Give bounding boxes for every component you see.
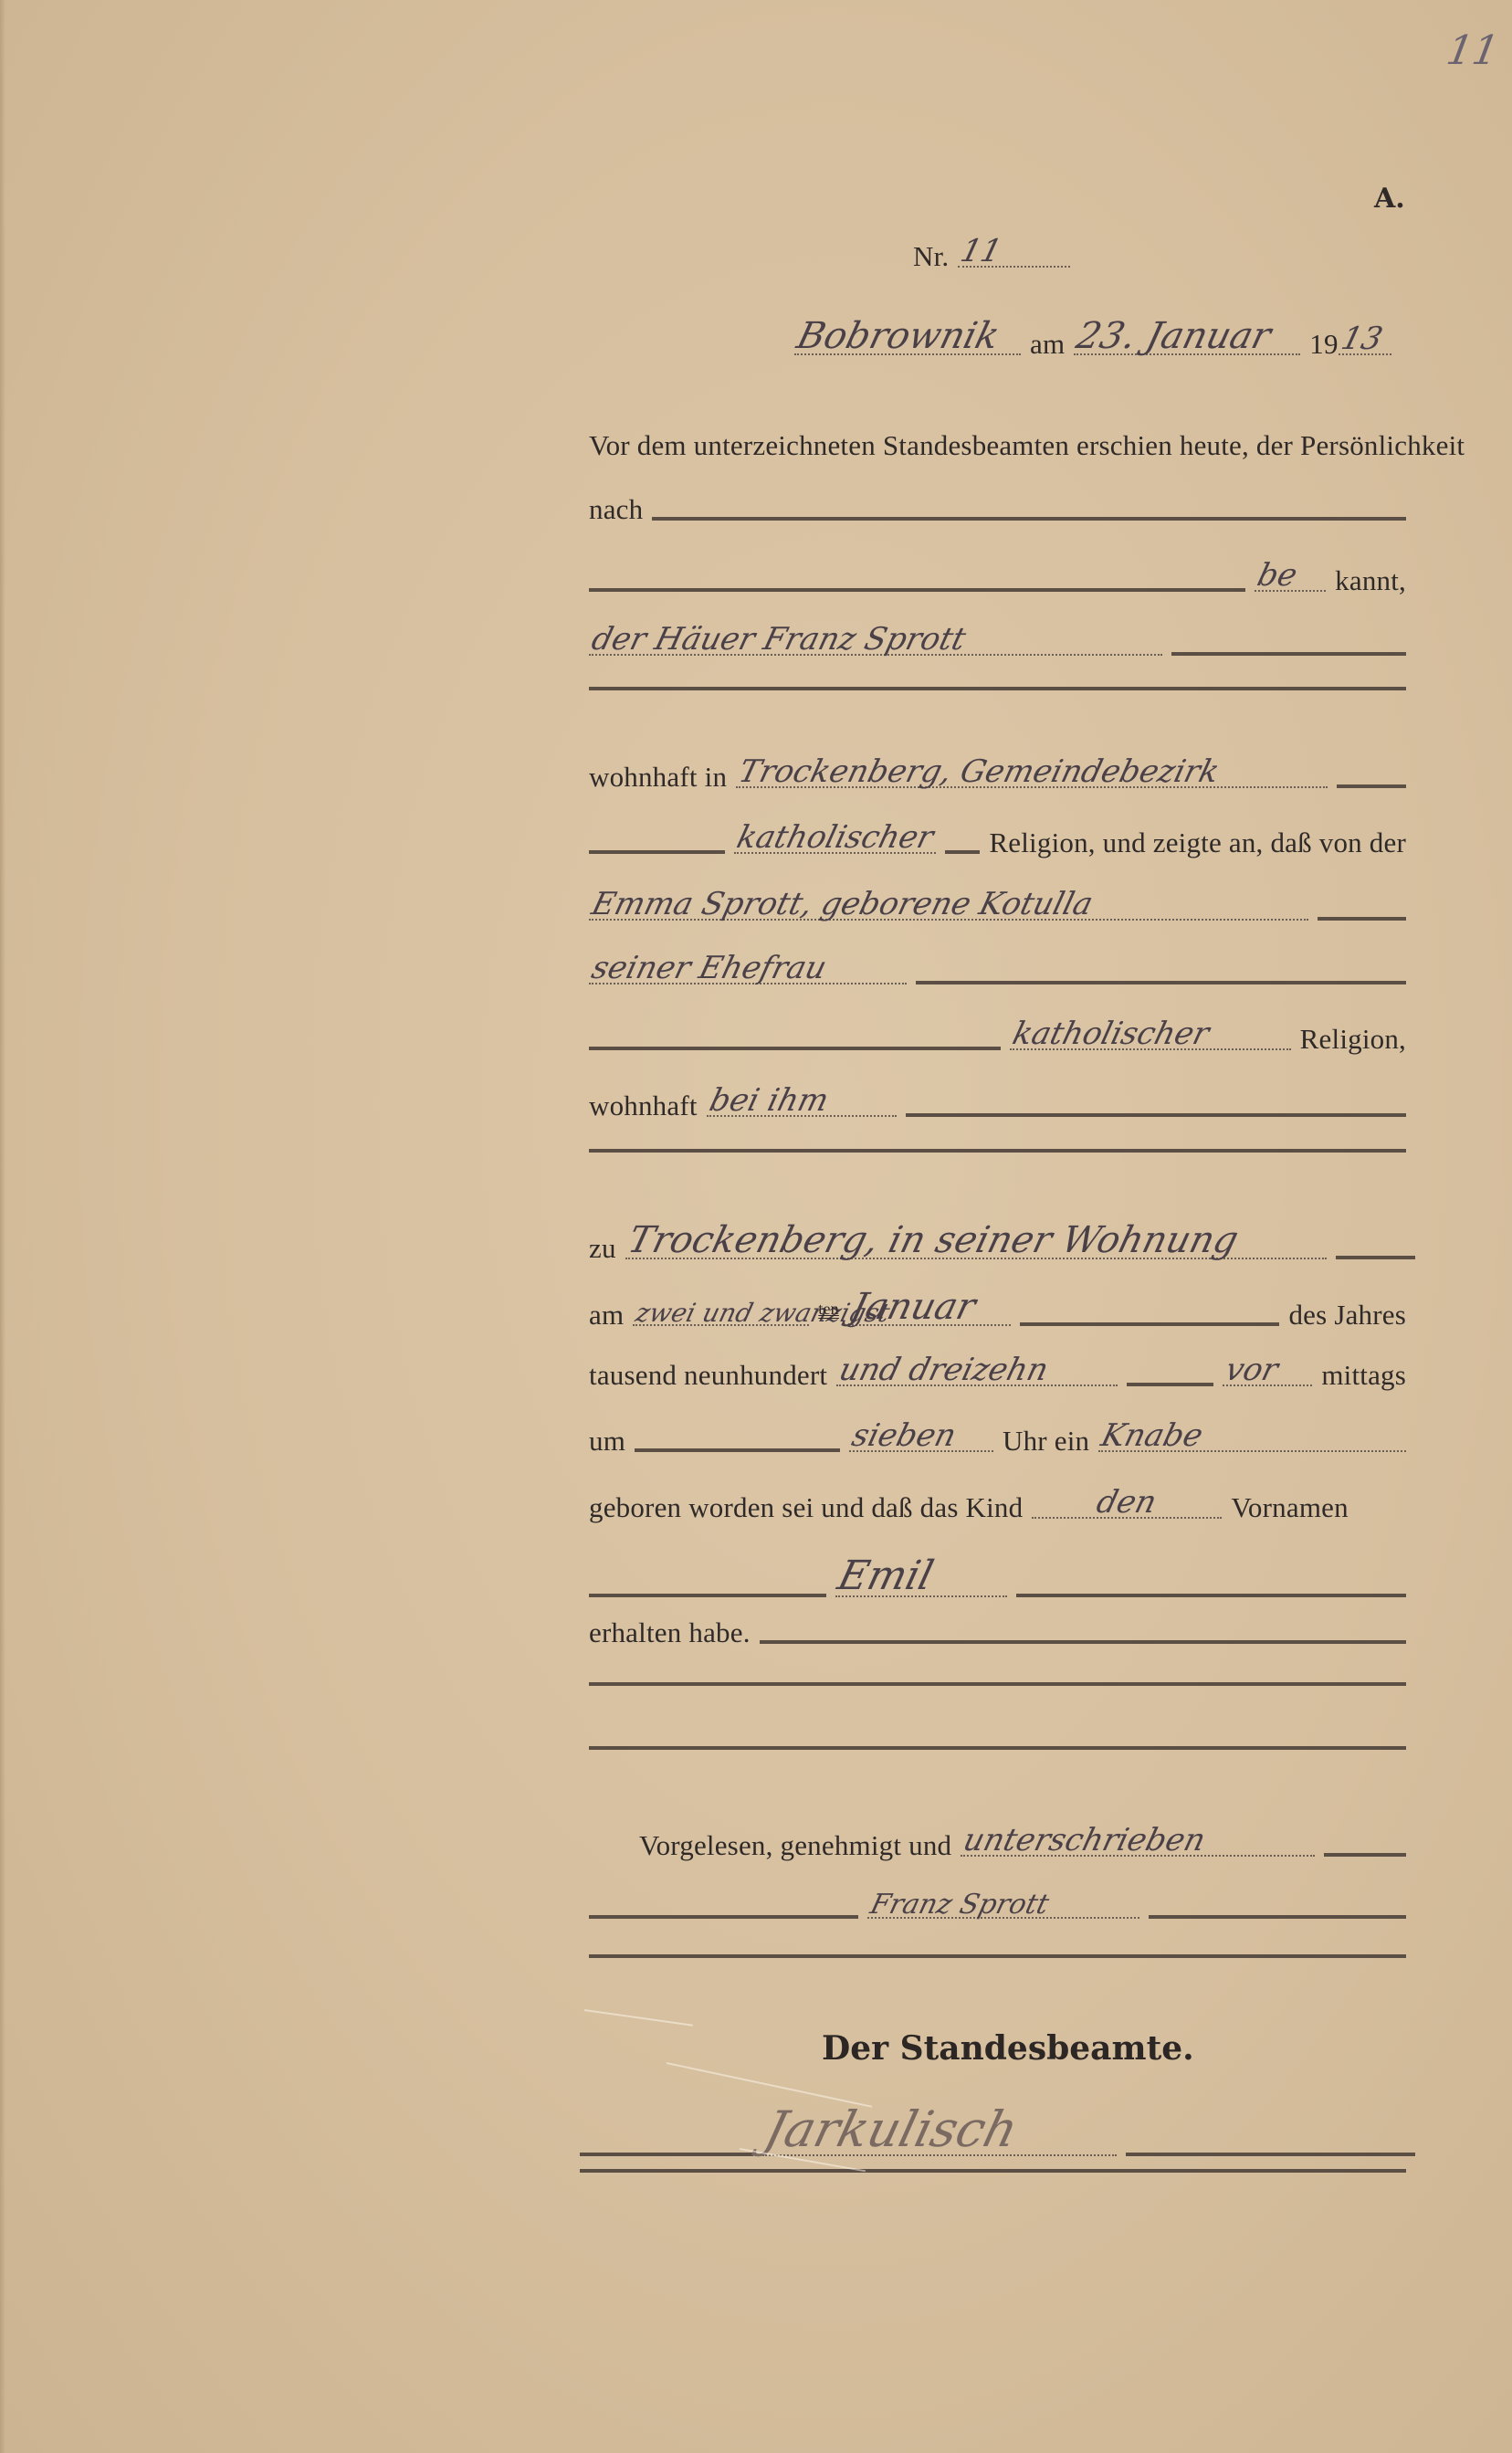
erhalten-label: erhalten habe.: [589, 1616, 751, 1649]
religion-field: katholischer: [734, 819, 936, 854]
birth-place: Trockenberg, in seiner Wohnung: [624, 1219, 1243, 1261]
blank-line: [589, 687, 1406, 690]
vornamen-label: Vornamen: [1231, 1491, 1348, 1524]
filler-line: [1336, 1256, 1415, 1259]
bekannt-blank: [589, 588, 1245, 592]
paper-crease: [584, 2009, 693, 2027]
birth-month: Januar: [846, 1286, 980, 1328]
filler-line: [760, 1640, 1406, 1644]
vor-field: vor: [1223, 1352, 1312, 1386]
birth-hour: sieben: [848, 1417, 960, 1454]
birth-month-field: Januar: [848, 1286, 1011, 1326]
declarant-residence: Trockenberg, Gemeindebezirk: [735, 753, 1223, 790]
blank-row-2: [589, 1149, 1406, 1158]
declarant-religion-row: katholischer Religion, und zeigte an, da…: [589, 819, 1406, 859]
unterschrieben-field: unterschrieben: [961, 1822, 1315, 1857]
filler-line: [580, 2153, 753, 2156]
bekannt-prefix: be: [1254, 557, 1301, 594]
year-field: 13: [1339, 321, 1391, 355]
given-name-field: Emil: [835, 1553, 1007, 1597]
official-signature-field: Jarkulisch: [762, 2100, 1117, 2156]
nr-label: Nr.: [913, 240, 949, 273]
given-name: Emil: [834, 1553, 939, 1599]
filler-line: [635, 1448, 840, 1452]
official-title: Der Standesbeamte.: [822, 2029, 1194, 2068]
mittags-label: mittags: [1321, 1359, 1406, 1392]
den-value: den: [1093, 1484, 1160, 1521]
intro-text: Vor dem unterzeichneten Standesbeamten e…: [589, 429, 1465, 462]
declarant-religion: katholischer: [733, 819, 937, 856]
wohnhaft-label: wohnhaft: [589, 1090, 698, 1122]
birth-year-words: und dreizehn: [835, 1352, 1052, 1388]
birth-year-field: und dreizehn: [836, 1352, 1118, 1386]
vorgelesen-row: Vorgelesen, genehmigt und unterschrieben: [639, 1822, 1406, 1862]
zu-label: zu: [589, 1232, 616, 1265]
sex-field: Knabe: [1098, 1417, 1406, 1452]
blank-line: [589, 1682, 1406, 1686]
vorgelesen-text: Vorgelesen, genehmigt und: [639, 1829, 951, 1862]
mother-religion-row: katholischer Religion,: [589, 1016, 1406, 1056]
residence-field: Trockenberg, Gemeindebezirk: [736, 753, 1328, 788]
filler-line: [1324, 1853, 1406, 1857]
declarant-name-field: der Häuer Franz Sprott: [589, 621, 1162, 656]
birth-date-row: am zwei und zwanzigst ten Januar des Jah…: [589, 1286, 1406, 1332]
filler-line: [1337, 784, 1406, 788]
filler-line: [589, 850, 725, 854]
nach-field: [652, 517, 1406, 521]
vor-value: vor: [1222, 1352, 1282, 1388]
am-label: am: [589, 1299, 624, 1332]
nr-field: 11: [958, 233, 1070, 268]
birth-year-row: tausend neunhundert und dreizehn vor mit…: [589, 1352, 1406, 1392]
page-binding-edge: [0, 0, 5, 2453]
hour-field: sieben: [849, 1417, 993, 1452]
geboren-text: geboren worden sei und daß das Kind: [589, 1491, 1023, 1524]
given-name-row: Emil: [589, 1553, 1406, 1603]
filler-line: [1020, 1322, 1280, 1326]
declarant-residence-row: wohnhaft in Trockenberg, Gemeindebezirk: [589, 753, 1406, 794]
filler-line: [1127, 1383, 1213, 1386]
filler-line: [589, 1915, 858, 1919]
filler-line: [906, 1113, 1406, 1117]
geboren-row: geboren worden sei und daß das Kind den …: [589, 1484, 1406, 1524]
relation-field: seiner Ehefrau: [589, 950, 907, 984]
form-letter: A.: [1374, 183, 1405, 215]
date-value: 23. Januar: [1073, 315, 1276, 357]
mother-religion: katholischer: [1009, 1016, 1213, 1052]
child-sex: Knabe: [1097, 1417, 1206, 1454]
uhr-ein-label: Uhr ein: [1003, 1425, 1089, 1458]
unterschrieben-value: unterschrieben: [960, 1822, 1209, 1858]
blank-row-3: [589, 1682, 1406, 1691]
den-field: den: [1032, 1484, 1222, 1519]
mother-name: Emma Sprott, geborene Kotulla: [588, 886, 1097, 922]
bekannt-row: be kannt,: [589, 557, 1406, 597]
filler-line: [945, 850, 980, 854]
blank-line: [589, 1954, 1406, 1958]
mother-residence-row: wohnhaft bei ihm: [589, 1082, 1406, 1122]
year-suffix: 13: [1338, 321, 1386, 357]
nach-label: nach: [589, 493, 643, 526]
bekannt-field: be: [1255, 557, 1326, 592]
declarant-signature-field: Franz Sprott: [867, 1889, 1139, 1919]
blank-row-4: [589, 1746, 1406, 1755]
filler-line: [1016, 1594, 1406, 1597]
folio-number: 11: [1444, 27, 1503, 74]
filler-line: [589, 1594, 826, 1597]
place-date-row: Bobrownik am 23. Januar 19 13: [794, 315, 1406, 361]
filler-line: [1318, 917, 1406, 921]
bekannt-suffix: kannt,: [1335, 564, 1406, 597]
mother-name-field: Emma Sprott, geborene Kotulla: [589, 886, 1308, 921]
declarant-signature-row: Franz Sprott: [589, 1889, 1406, 1924]
nach-row: nach: [589, 493, 1406, 526]
declarant-name-row: der Häuer Franz Sprott: [589, 621, 1406, 661]
blank-line: [580, 2169, 1406, 2173]
official-signature-row: Jarkulisch: [580, 2100, 1415, 2162]
declarant-signature: Franz Sprott: [867, 1889, 1053, 1921]
filler-line: [589, 1047, 1001, 1050]
birth-place-row: zu Trockenberg, in seiner Wohnung: [589, 1219, 1415, 1265]
religion-text: Religion, und zeigte an, daß von der: [989, 826, 1406, 859]
record-number-row: Nr. 11: [913, 233, 1187, 273]
tausend-label: tausend neunhundert: [589, 1359, 827, 1392]
day-suffix: ten: [818, 1300, 839, 1319]
birth-time-row: um sieben Uhr ein Knabe: [589, 1417, 1406, 1458]
blank-line: [589, 1149, 1406, 1153]
mother-name-row: Emma Sprott, geborene Kotulla: [589, 886, 1406, 926]
birth-day-field: zwei und zwanzigst: [633, 1298, 809, 1326]
place-field: Bobrownik: [794, 315, 1021, 355]
mother-residence-field: bei ihm: [707, 1082, 897, 1117]
des-jahres-label: des Jahres: [1288, 1299, 1406, 1332]
filler-line: [1149, 1915, 1406, 1919]
um-label: um: [589, 1425, 625, 1458]
filler-line: [1171, 652, 1406, 656]
date-field: 23. Januar: [1074, 315, 1300, 355]
declarant-name: der Häuer Franz Sprott: [588, 621, 970, 658]
mother-relation: seiner Ehefrau: [588, 950, 830, 986]
mother-relation-row: seiner Ehefrau: [589, 950, 1406, 990]
place-value: Bobrownik: [793, 315, 1003, 357]
erhalten-row: erhalten habe.: [589, 1616, 1406, 1649]
filler-line: [916, 981, 1406, 984]
official-signature: Jarkulisch: [759, 2100, 1024, 2158]
filler-line: [1126, 2153, 1415, 2156]
mother-religion-field: katholischer: [1010, 1016, 1291, 1050]
blank-line: [589, 1746, 1406, 1750]
year-prefix: 19: [1309, 328, 1338, 361]
nr-value: 11: [957, 233, 1005, 269]
blank-row-1: [589, 687, 1406, 696]
mother-residence: bei ihm: [706, 1082, 833, 1119]
am-label: am: [1030, 328, 1065, 361]
blank-row-6: [580, 2169, 1406, 2178]
blank-row-5: [589, 1954, 1406, 1963]
wohnhaft-in-label: wohnhaft in: [589, 761, 727, 794]
birth-place-field: Trockenberg, in seiner Wohnung: [625, 1219, 1327, 1259]
religion-label: Religion,: [1300, 1023, 1406, 1056]
intro-row: Vor dem unterzeichneten Standesbeamten e…: [589, 429, 1406, 462]
